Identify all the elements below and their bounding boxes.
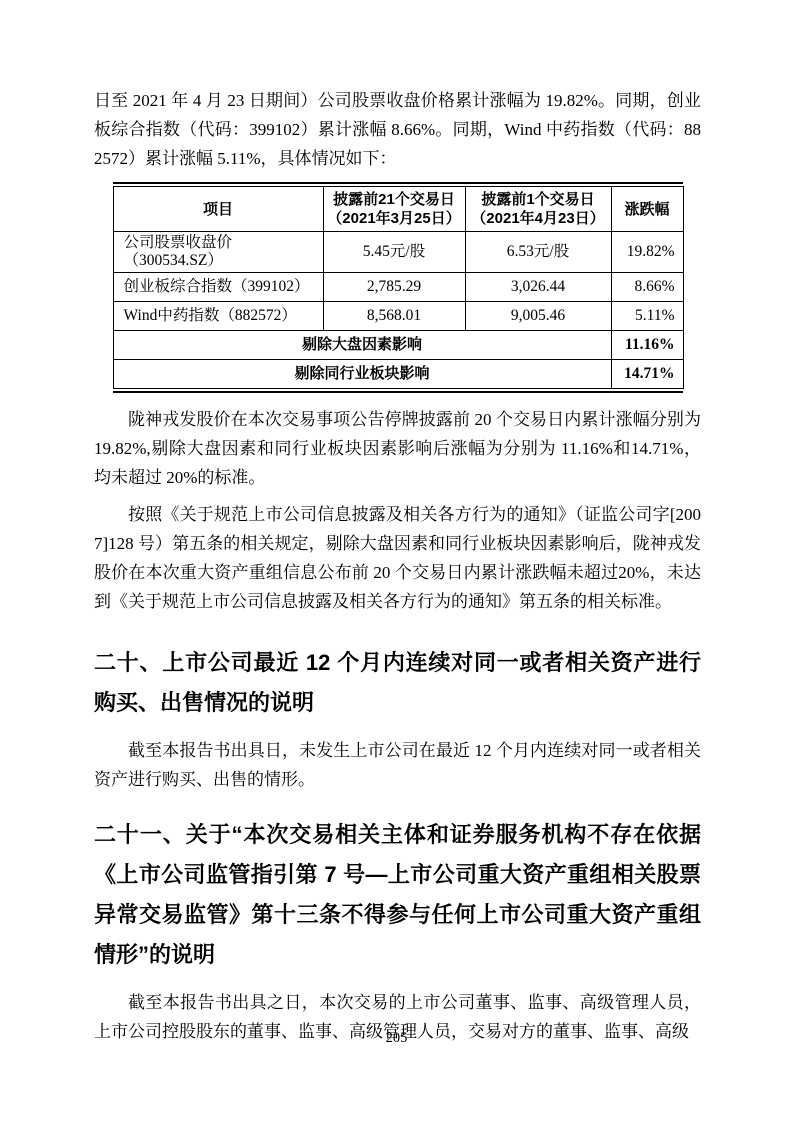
cell-before21: 8,568.01: [323, 302, 465, 331]
cell-before1: 6.53元/股: [465, 232, 611, 273]
table-header-row: 项目 披露前21个交易日 （2021年3月25日） 披露前1个交易日 （2021…: [113, 187, 683, 232]
col-header-item: 项目: [113, 187, 323, 232]
cell-change: 8.66%: [611, 273, 683, 302]
table-summary-row: 剔除大盘因素影响 11.16%: [113, 331, 683, 360]
col-header-change: 涨跌幅: [611, 187, 683, 232]
summary-change: 11.16%: [611, 331, 683, 360]
table-row: 公司股票收盘价（300534.SZ） 5.45元/股 6.53元/股 19.82…: [113, 232, 683, 273]
cell-item: Wind中药指数（882572）: [113, 302, 323, 331]
paragraph-price-summary: 陇神戎发股价在本次交易事项公告停牌披露前 20 个交易日内累计涨幅分别为 19.…: [94, 405, 701, 492]
col-header-before1: 披露前1个交易日 （2021年4月23日）: [465, 187, 611, 232]
document-page: 日至 2021 年 4 月 23 日期间）公司股票收盘价格累计涨幅为 19.82…: [0, 0, 793, 1122]
cell-before1: 3,026.44: [465, 273, 611, 302]
table-row: Wind中药指数（882572） 8,568.01 9,005.46 5.11%: [113, 302, 683, 331]
paragraph-section20-body: 截至本报告书出具日，未发生上市公司在最近 12 个月内连续对同一或者相关资产进行…: [94, 736, 701, 794]
table-summary-row: 剔除同行业板块影响 14.71%: [113, 360, 683, 389]
summary-change: 14.71%: [611, 360, 683, 389]
cell-change: 19.82%: [611, 232, 683, 273]
summary-label: 剔除同行业板块影响: [113, 360, 611, 389]
cell-item: 创业板综合指数（399102）: [113, 273, 323, 302]
cell-before21: 2,785.29: [323, 273, 465, 302]
section-heading-21: 二十一、关于“本次交易相关主体和证券服务机构不存在依据《上市公司监管指引第 7 …: [94, 815, 701, 975]
col-header-before21: 披露前21个交易日 （2021年3月25日）: [323, 187, 465, 232]
price-change-table: 项目 披露前21个交易日 （2021年3月25日） 披露前1个交易日 （2021…: [113, 182, 683, 393]
page-number: 205: [0, 1030, 793, 1046]
table-row: 创业板综合指数（399102） 2,785.29 3,026.44 8.66%: [113, 273, 683, 302]
cell-before21: 5.45元/股: [323, 232, 465, 273]
cell-before1: 9,005.46: [465, 302, 611, 331]
section-heading-20: 二十、上市公司最近 12 个月内连续对同一或者相关资产进行购买、出售情况的说明: [94, 643, 701, 723]
cell-change: 5.11%: [611, 302, 683, 331]
price-change-table-grid: 项目 披露前21个交易日 （2021年3月25日） 披露前1个交易日 （2021…: [113, 186, 684, 389]
paragraph-regulation: 按照《关于规范上市公司信息披露及相关各方行为的通知》（证监公司字[2007]12…: [94, 500, 701, 616]
cell-item: 公司股票收盘价（300534.SZ）: [113, 232, 323, 273]
intro-paragraph: 日至 2021 年 4 月 23 日期间）公司股票收盘价格累计涨幅为 19.82…: [94, 86, 701, 173]
summary-label: 剔除大盘因素影响: [113, 331, 611, 360]
